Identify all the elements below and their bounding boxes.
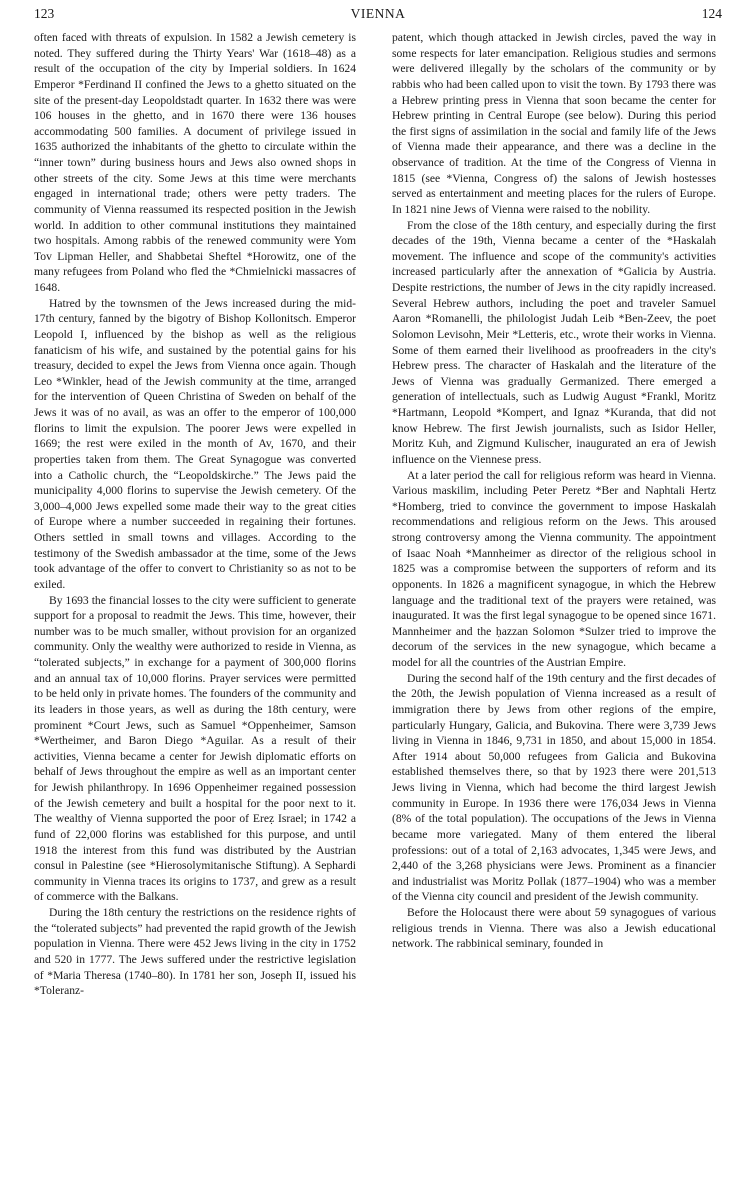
paragraph: By 1693 the financial losses to the city…	[34, 593, 356, 906]
paragraph: During the second half of the 19th centu…	[392, 671, 716, 905]
running-title: VIENNA	[34, 5, 722, 23]
page-header: 123 VIENNA 124	[34, 5, 722, 23]
paragraph: Hatred by the townsmen of the Jews incre…	[34, 296, 356, 593]
paragraph: During the 18th century the restrictions…	[34, 905, 356, 999]
right-page-number: 124	[702, 5, 722, 23]
paragraph: At a later period the call for religious…	[392, 468, 716, 671]
paragraph: From the close of the 18th century, and …	[392, 218, 716, 468]
paragraph: patent, which though attacked in Jewish …	[392, 30, 716, 218]
right-column: patent, which though attacked in Jewish …	[392, 30, 716, 952]
left-column: often faced with threats of expulsion. I…	[34, 30, 356, 999]
paragraph: often faced with threats of expulsion. I…	[34, 30, 356, 296]
paragraph: Before the Holocaust there were about 59…	[392, 905, 716, 952]
